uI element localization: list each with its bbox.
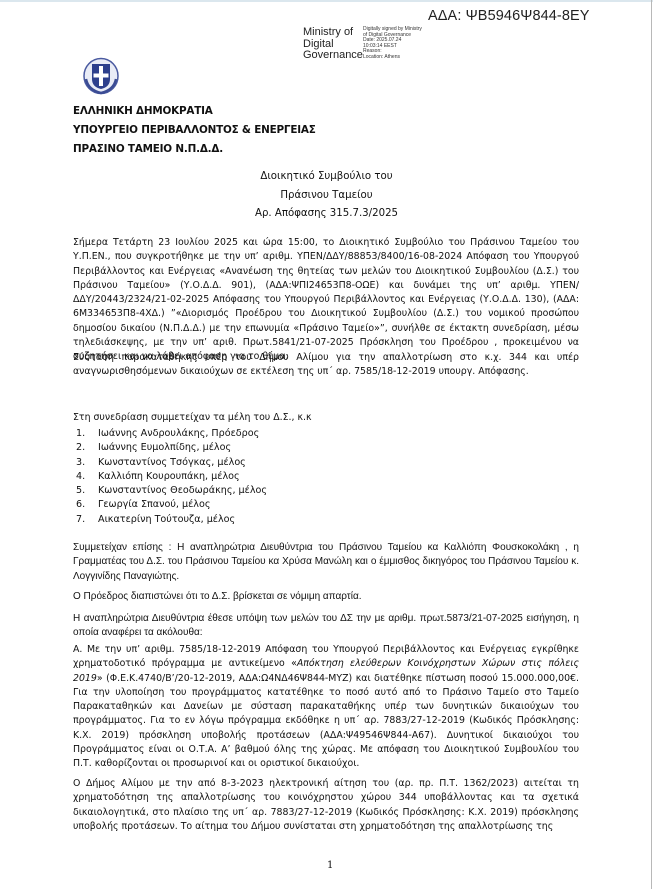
list-item: 7.Αικατερίνη Τούτουζα, μέλος: [76, 513, 267, 527]
alimos-paragraph: Ο Δήμος Αλίμου με την από 8-3-2023 ηλεκτ…: [73, 777, 579, 834]
list-item: 4.Καλλιόπη Κουρουπάκη, μέλος: [76, 470, 267, 484]
page-top-border: [0, 0, 653, 2]
header-republic: ΕΛΛΗΝΙΚΗ ΔΗΜΟΚΡΑΤΙΑ: [73, 102, 316, 121]
ada-code: ΑΔΑ: ΨΒ5946Ψ844-8ΕΥ: [428, 8, 590, 24]
intro-paragraph: Σήμερα Τετάρτη 23 Ιουλίου 2025 και ώρα 1…: [73, 236, 579, 365]
page-right-border: [651, 0, 652, 889]
also-present-paragraph: Συμμετείχαν επίσης : Η αναπληρώτρια Διευ…: [73, 541, 579, 584]
quorum-paragraph: Ο Πρόεδρος διαπιστώνει ότι το Δ.Σ. βρίσκ…: [73, 590, 579, 604]
members-intro: Στη συνεδρίαση συμμετείχαν τα μέλη του Δ…: [73, 411, 579, 425]
signature-details: Digitally signed by Ministry of Digital …: [363, 27, 422, 61]
report-paragraph: Η αναπληρώτρια Διευθύντρια έθεσε υπόψη τ…: [73, 612, 579, 641]
list-item: 5.Κωνσταντίνος Θεοδωράκης, μέλος: [76, 484, 267, 498]
members-list: 1.Ιωάννης Ανδρουλάκης, Πρόεδρος 2.Ιωάννη…: [76, 427, 267, 527]
greek-coat-of-arms-icon: [82, 57, 120, 95]
subject-paragraph: Σύσταση παρακαταθήκης υπέρ του Δήμου Αλί…: [73, 351, 579, 380]
decision-number: Αρ. Απόφασης 315.7.3/2025: [0, 205, 653, 224]
issuer-header: ΕΛΛΗΝΙΚΗ ΔΗΜΟΚΡΑΤΙΑ ΥΠΟΥΡΓΕΙΟ ΠΕΡΙΒΑΛΛΟΝ…: [73, 102, 316, 159]
list-item: 6.Γεωργία Σπανού, μέλος: [76, 498, 267, 512]
list-item: 1.Ιωάννης Ανδρουλάκης, Πρόεδρος: [76, 427, 267, 441]
header-fund: ΠΡΑΣΙΝΟ ΤΑΜΕΙΟ Ν.Π.Δ.Δ.: [73, 140, 316, 159]
signature-organization: Ministry of Digital Governance: [303, 27, 363, 62]
section-a-paragraph: Α. Με την υπ’ αριθμ. 7585/18-12-2019 Από…: [73, 643, 579, 772]
header-ministry: ΥΠΟΥΡΓΕΙΟ ΠΕΡΙΒΑΛΛΟΝΤΟΣ & ΕΝΕΡΓΕΙΑΣ: [73, 121, 316, 140]
council-title: Διοικητικό Συμβούλιο του Πράσινου Ταμείο…: [0, 168, 653, 224]
list-item: 3.Κωνσταντίνος Τσόγκας, μέλος: [76, 456, 267, 470]
list-item: 2.Ιωάννης Ευμολπίδης, μέλος: [76, 441, 267, 455]
page-number: 1: [327, 860, 333, 871]
